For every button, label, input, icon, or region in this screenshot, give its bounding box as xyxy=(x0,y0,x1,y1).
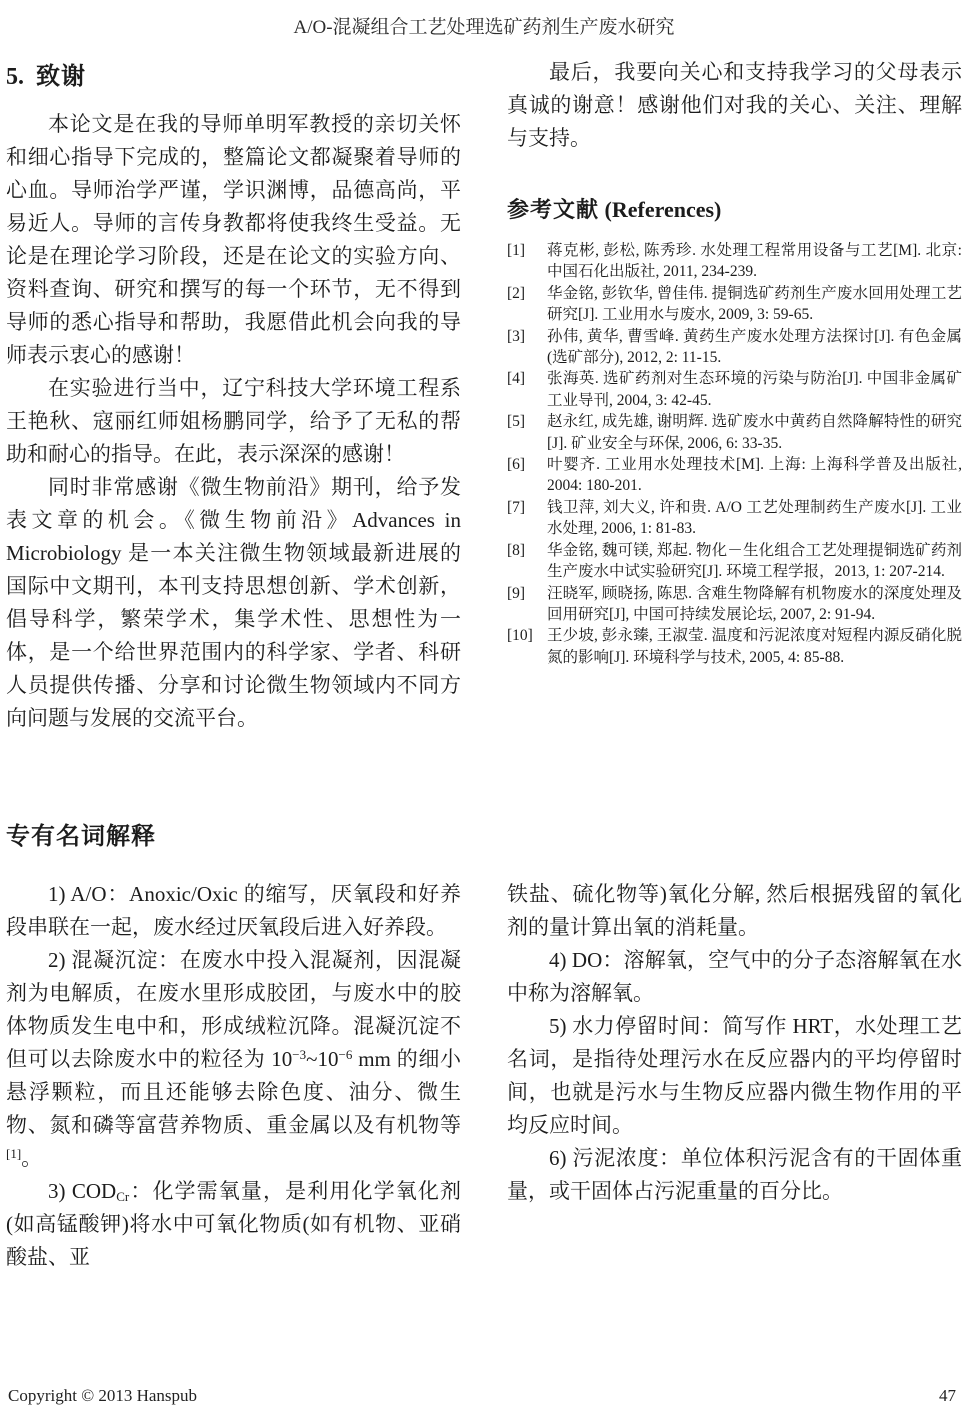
chemical-subscript: Cr xyxy=(116,1189,129,1204)
reference-item: [8] 华金铭, 魏可镁, 郑起. 物化－生化组合工艺处理提铜选矿药剂生产废水中… xyxy=(507,540,962,583)
reference-text: 赵永红, 成先雄, 谢明辉. 选矿废水中黄药自然降解特性的研究[J]. 矿业安全… xyxy=(547,411,962,454)
exponent-superscript: −3 xyxy=(292,1047,306,1062)
reference-label: [10] xyxy=(507,625,547,668)
reference-text: 张海英. 选矿药剂对生态环境的污染与防治[J]. 中国非金属矿工业导刊, 200… xyxy=(547,368,962,411)
glossary-item: 6) 污泥浓度：单位体积污泥含有的干固体重量，或干固体占污泥重量的百分比。 xyxy=(507,1142,962,1208)
glossary-two-columns: 1) A/O：Anoxic/Oxic 的缩写，厌氧段和好养段串联在一起，废水经过… xyxy=(6,878,962,1274)
reference-text: 叶婴齐. 工业用水处理技术[M]. 上海: 上海科学普及出版社, 2004: 1… xyxy=(547,454,962,497)
page-header: A/O-混凝组合工艺处理选矿药剂生产废水研究 xyxy=(0,12,968,39)
glossary-section: 专有名词解释 1) A/O：Anoxic/Oxic 的缩写，厌氧段和好养段串联在… xyxy=(6,816,962,1274)
reference-text: 华金铭, 彭钦华, 曾佳伟. 提铜选矿药剂生产废水回用处理工艺研究[J]. 工业… xyxy=(547,283,962,326)
reference-item: [4] 张海英. 选矿药剂对生态环境的污染与防治[J]. 中国非金属矿工业导刊,… xyxy=(507,368,962,411)
reference-label: [4] xyxy=(507,368,547,411)
reference-item: [6] 叶婴齐. 工业用水处理技术[M]. 上海: 上海科学普及出版社, 200… xyxy=(507,454,962,497)
copyright-text: Copyright © 2013 Hanspub xyxy=(8,1386,197,1406)
reference-item: [9] 汪晓军, 顾晓扬, 陈思. 含难生物降解有机物废水的深度处理及回用研究[… xyxy=(507,583,962,626)
running-title: A/O-混凝组合工艺处理选矿药剂生产废水研究 xyxy=(293,17,674,38)
reference-item: [1] 蒋克彬, 彭松, 陈秀珍. 水处理工程常用设备与工艺[M]. 北京: 中… xyxy=(507,240,962,283)
top-two-column-section: 5.致谢 本论文是在我的导师单明军教授的亲切关怀和细心指导下完成的，整篇论文都凝… xyxy=(6,56,962,735)
acknowledgements-paragraph: 在实验进行当中，辽宁科技大学环境工程系王艳秋、寇丽红师姐杨鹏同学，给予了无私的帮… xyxy=(6,372,461,471)
reference-item: [5] 赵永红, 成先雄, 谢明辉. 选矿废水中黄药自然降解特性的研究[J]. … xyxy=(507,411,962,454)
reference-item: [10] 王少坡, 彭永臻, 王淑莹. 温度和污泥浓度对短程内源反硝化脱氮的影响… xyxy=(507,625,962,668)
reference-item: [7] 钱卫萍, 刘大义, 许和贵. A/O 工艺处理制药生产废水[J]. 工业… xyxy=(507,497,962,540)
glossary-item-text: 。 xyxy=(21,1146,42,1170)
reference-label: [9] xyxy=(507,583,547,626)
glossary-item-continuation: 铁盐、硫化物等)氧化分解, 然后根据残留的氧化剂的量计算出氧的消耗量。 xyxy=(507,878,962,944)
reference-text: 华金铭, 魏可镁, 郑起. 物化－生化组合工艺处理提铜选矿药剂生产废水中试实验研… xyxy=(547,540,962,583)
reference-item: [3] 孙伟, 黄华, 曹雪峰. 黄药生产废水处理方法探讨[J]. 有色金属(选… xyxy=(507,326,962,369)
reference-label: [8] xyxy=(507,540,547,583)
exponent-superscript: −6 xyxy=(339,1047,353,1062)
section-title: 致谢 xyxy=(36,63,86,90)
reference-label: [6] xyxy=(507,454,547,497)
acknowledgements-paragraph: 最后，我要向关心和支持我学习的父母表示真诚的谢意！感谢他们对我的关心、关注、理解… xyxy=(507,56,962,155)
acknowledgements-heading: 5.致谢 xyxy=(6,56,461,91)
glossary-item: 5) 水力停留时间：简写作 HRT，水处理工艺名词，是指待处理污水在反应器内的平… xyxy=(507,1010,962,1142)
reference-text: 钱卫萍, 刘大义, 许和贵. A/O 工艺处理制药生产废水[J]. 工业水处理,… xyxy=(547,497,962,540)
right-column: 最后，我要向关心和支持我学习的父母表示真诚的谢意！感谢他们对我的关心、关注、理解… xyxy=(507,56,962,735)
reference-label: [5] xyxy=(507,411,547,454)
reference-text: 孙伟, 黄华, 曹雪峰. 黄药生产废水处理方法探讨[J]. 有色金属(选矿部分)… xyxy=(547,326,962,369)
glossary-item-text: ~10 xyxy=(306,1047,338,1071)
references-heading-zh: 参考文献 xyxy=(507,197,599,222)
glossary-item: 1) A/O：Anoxic/Oxic 的缩写，厌氧段和好养段串联在一起，废水经过… xyxy=(6,878,461,944)
acknowledgements-paragraph: 本论文是在我的导师单明军教授的亲切关怀和细心指导下完成的，整篇论文都凝聚着导师的… xyxy=(6,108,461,372)
glossary-item: 3) CODCr：化学需氧量，是利用化学氧化剂(如高锰酸钾)将水中可氧化物质(如… xyxy=(6,1175,461,1274)
references-list: [1] 蒋克彬, 彭松, 陈秀珍. 水处理工程常用设备与工艺[M]. 北京: 中… xyxy=(507,240,962,668)
glossary-right-column: 铁盐、硫化物等)氧化分解, 然后根据残留的氧化剂的量计算出氧的消耗量。 4) D… xyxy=(507,878,962,1274)
glossary-heading: 专有名词解释 xyxy=(6,816,962,851)
section-number: 5. xyxy=(6,64,24,90)
reference-label: [7] xyxy=(507,497,547,540)
page-footer: Copyright © 2013 Hanspub 47 xyxy=(8,1386,956,1406)
references-heading: 参考文献 (References) xyxy=(507,193,962,224)
page-number: 47 xyxy=(939,1386,956,1406)
reference-text: 汪晓军, 顾晓扬, 陈思. 含难生物降解有机物废水的深度处理及回用研究[J], … xyxy=(547,583,962,626)
reference-label: [3] xyxy=(507,326,547,369)
glossary-item-text: 3) COD xyxy=(48,1179,116,1203)
reference-label: [1] xyxy=(507,240,547,283)
glossary-item: 4) DO：溶解氧，空气中的分子态溶解氧在水中称为溶解氧。 xyxy=(507,944,962,1010)
reference-text: 蒋克彬, 彭松, 陈秀珍. 水处理工程常用设备与工艺[M]. 北京: 中国石化出… xyxy=(547,240,962,283)
references-heading-en: (References) xyxy=(599,197,721,222)
paper-page: A/O-混凝组合工艺处理选矿药剂生产废水研究 5.致谢 本论文是在我的导师单明军… xyxy=(0,0,968,1414)
left-column: 5.致谢 本论文是在我的导师单明军教授的亲切关怀和细心指导下完成的，整篇论文都凝… xyxy=(6,56,461,735)
citation-superscript: [1] xyxy=(6,1146,21,1161)
reference-label: [2] xyxy=(507,283,547,326)
glossary-left-column: 1) A/O：Anoxic/Oxic 的缩写，厌氧段和好养段串联在一起，废水经过… xyxy=(6,878,461,1274)
acknowledgements-paragraph: 同时非常感谢《微生物前沿》期刊，给予发表文章的机会。《微生物前沿》Advance… xyxy=(6,471,461,735)
reference-item: [2] 华金铭, 彭钦华, 曾佳伟. 提铜选矿药剂生产废水回用处理工艺研究[J]… xyxy=(507,283,962,326)
glossary-item: 2) 混凝沉淀：在废水中投入混凝剂，因混凝剂为电解质，在废水里形成胶团，与废水中… xyxy=(6,944,461,1175)
reference-text: 王少坡, 彭永臻, 王淑莹. 温度和污泥浓度对短程内源反硝化脱氮的影响[J]. … xyxy=(547,625,962,668)
